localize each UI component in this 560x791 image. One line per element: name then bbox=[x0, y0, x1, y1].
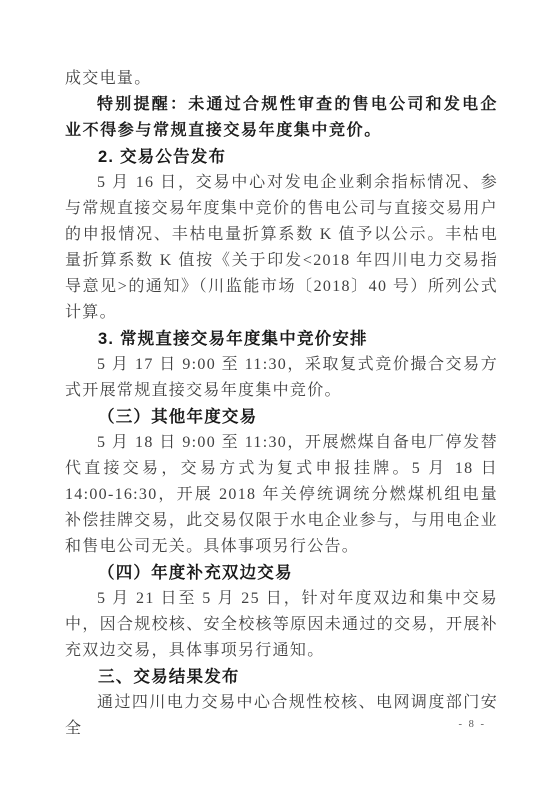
heading-trade-announcement: 2. 交易公告发布 bbox=[65, 144, 498, 170]
heading-other-annual-trades: （三）其他年度交易 bbox=[65, 404, 498, 430]
page-number: - 8 - bbox=[459, 719, 487, 730]
body-paragraph-other-trades: 5 月 18 日 9:00 至 11:30，开展燃煤自备电厂停发替代直接交易，交… bbox=[65, 430, 498, 560]
body-paragraph-results: 通过四川电力交易中心合规性校核、电网调度部门安全 bbox=[65, 690, 498, 742]
body-paragraph-supplementary: 5 月 21 日至 5 月 25 日，针对年度双边和集中交易中，因合规校核、安全… bbox=[65, 586, 498, 664]
body-paragraph-bidding: 5 月 17 日 9:00 至 11:30，采取复式竞价撮合交易方式开展常规直接… bbox=[65, 352, 498, 404]
notice-paragraph: 特别提醒：未通过合规性审查的售电公司和发电企业不得参与常规直接交易年度集中竞价。 bbox=[65, 92, 498, 144]
document-body: 成交电量。 特别提醒：未通过合规性审查的售电公司和发电企业不得参与常规直接交易年… bbox=[65, 66, 498, 742]
heading-supplementary-bilateral-trades: （四）年度补充双边交易 bbox=[65, 560, 498, 586]
body-paragraph-announcement: 5 月 16 日，交易中心对发电企业剩余指标情况、参与常规直接交易年度集中竞价的… bbox=[65, 170, 498, 326]
heading-trade-results-release: 三、交易结果发布 bbox=[65, 664, 498, 690]
document-page: 成交电量。 特别提醒：未通过合规性审查的售电公司和发电企业不得参与常规直接交易年… bbox=[0, 0, 560, 791]
heading-centralized-bidding-arrangement: 3. 常规直接交易年度集中竞价安排 bbox=[65, 326, 498, 352]
body-paragraph-continuation: 成交电量。 bbox=[65, 66, 498, 92]
